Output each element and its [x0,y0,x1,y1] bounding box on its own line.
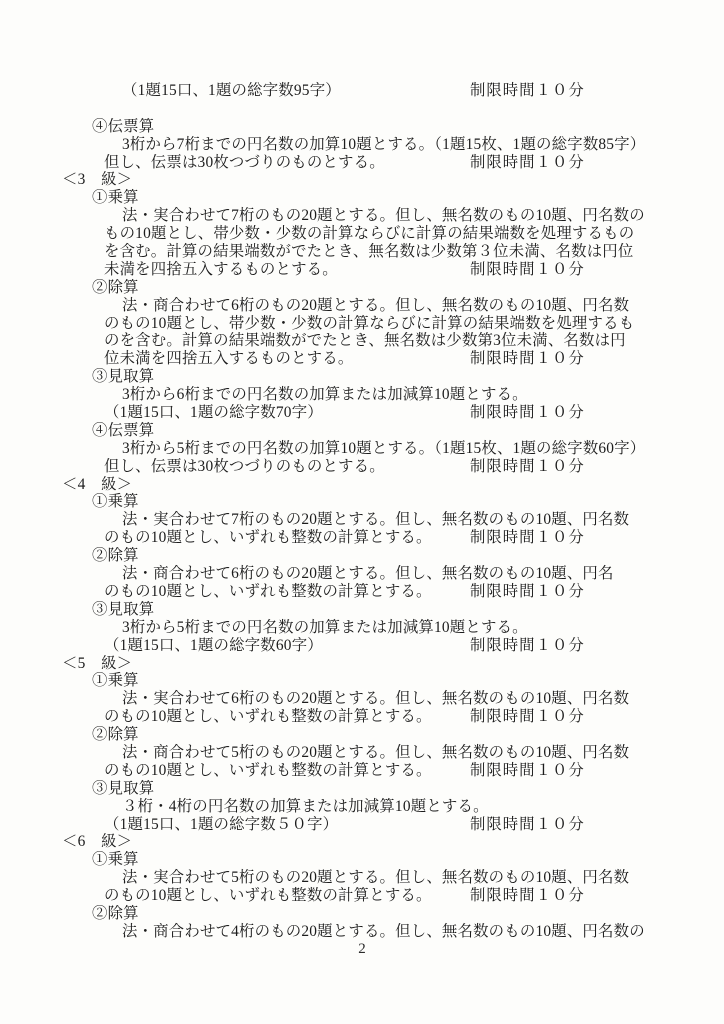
blank-line [0,100,724,118]
text-line: （1題15口、1題の総字数95字）制限時間１０分 [0,82,724,100]
time-limit: 制限時間１０分 [470,637,585,655]
grade-heading: ＜3 級＞ [0,171,724,189]
time-limit: 制限時間１０分 [470,816,585,834]
text-line: （1題15口、1題の総字数70字）制限時間１０分 [0,404,724,422]
text-line: 但し、伝票は30枚つづりのものとする。制限時間１０分 [0,458,724,476]
text-line: 法・実合わせて7桁のもの20題とする。但し、無名数のもの10題、円名数 [0,511,724,529]
text-line: 法・商合わせて6桁のもの20題とする。但し、無名数のもの10題、円名 [0,565,724,583]
time-limit: 制限時間１０分 [470,261,585,279]
item-heading: ①乗算 [0,672,724,690]
text-line: 3桁から5桁までの円名数の加算10題とする。（1題15枚、1題の総字数60字） [0,440,724,458]
text-line: （1題15口、1題の総字数５０字）制限時間１０分 [0,816,724,834]
text-line: のもの10題とし、いずれも整数の計算とする。制限時間１０分 [0,708,724,726]
item-heading: ④伝票算 [0,422,724,440]
item-heading: ③見取算 [0,368,724,386]
item-heading: ②除算 [0,279,724,297]
text-line: 法・商合わせて5桁のもの20題とする。但し、無名数のもの10題、円名数 [0,744,724,762]
text-line: 法・商合わせて4桁のもの20題とする。但し、無名数のもの10題、円名数の [0,923,724,941]
item-heading: ②除算 [0,905,724,923]
grade-heading: ＜6 級＞ [0,833,724,851]
time-limit: 制限時間１０分 [470,404,585,422]
time-limit: 制限時間１０分 [470,154,585,172]
item-heading: ①乗算 [0,493,724,511]
item-heading: ①乗算 [0,851,724,869]
text-line: 法・実合わせて5桁のもの20題とする。但し、無名数のもの10題、円名数 [0,869,724,887]
text-line: 3桁から6桁までの円名数の加算または加減算10題とする。 [0,386,724,404]
text-line: もの10題とし、帯少数・少数の計算ならびに計算の結果端数を処理するもの [0,225,724,243]
item-heading: ①乗算 [0,189,724,207]
text-line: 但し、伝票は30枚つづりのものとする。制限時間１０分 [0,154,724,172]
text-line: 法・商合わせて6桁のもの20題とする。但し、無名数のもの10題、円名数 [0,297,724,315]
item-heading: ④伝票算 [0,118,724,136]
text-line: のもの10題とし、いずれも整数の計算とする。制限時間１０分 [0,583,724,601]
text-line: 位未満を四捨五入するものとする。制限時間１０分 [0,350,724,368]
time-limit: 制限時間１０分 [470,529,585,547]
item-heading: ②除算 [0,726,724,744]
text-line: のもの10題とし、いずれも整数の計算とする。制限時間１０分 [0,529,724,547]
document-page: （1題15口、1題の総字数95字）制限時間１０分 ④伝票算 3桁から7桁までの円… [0,0,724,1024]
text-line: を含む。計算の結果端数がでたとき、無名数は少数第３位未満、名数は円位 [0,243,724,261]
item-heading: ③見取算 [0,780,724,798]
page-number: 2 [0,941,724,958]
text-line: 3桁から5桁までの円名数の加算または加減算10題とする。 [0,619,724,637]
time-limit: 制限時間１０分 [470,708,585,726]
text-line: 法・実合わせて6桁のもの20題とする。但し、無名数のもの10題、円名数 [0,690,724,708]
document-body: （1題15口、1題の総字数95字）制限時間１０分 ④伝票算 3桁から7桁までの円… [0,82,724,941]
text-line: 未満を四捨五入するものとする。制限時間１０分 [0,261,724,279]
time-limit: 制限時間１０分 [470,82,585,100]
text-line: のもの10題とし、いずれも整数の計算とする。制限時間１０分 [0,762,724,780]
time-limit: 制限時間１０分 [470,458,585,476]
text-line: のもの10題とし、いずれも整数の計算とする。制限時間１０分 [0,887,724,905]
text-line: 3桁から7桁までの円名数の加算10題とする。（1題15枚、1題の総字数85字） [0,136,724,154]
text-line: （1題15口、1題の総字数60字）制限時間１０分 [0,637,724,655]
time-limit: 制限時間１０分 [470,887,585,905]
text-line: ３桁・4桁の円名数の加算または加減算10題とする。 [0,798,724,816]
text-line: 法・実合わせて7桁のもの20題とする。但し、無名数のもの10題、円名数の [0,207,724,225]
time-limit: 制限時間１０分 [470,762,585,780]
item-heading: ②除算 [0,547,724,565]
text-line: のを含む。計算の結果端数がでたとき、無名数は少数第3位未満、名数は円 [0,332,724,350]
item-heading: ③見取算 [0,601,724,619]
time-limit: 制限時間１０分 [470,350,585,368]
grade-heading: ＜5 級＞ [0,655,724,673]
time-limit: 制限時間１０分 [470,583,585,601]
grade-heading: ＜4 級＞ [0,476,724,494]
text-line: のもの10題とし、帯少数・少数の計算ならびに計算の結果端数を処理するも [0,315,724,333]
